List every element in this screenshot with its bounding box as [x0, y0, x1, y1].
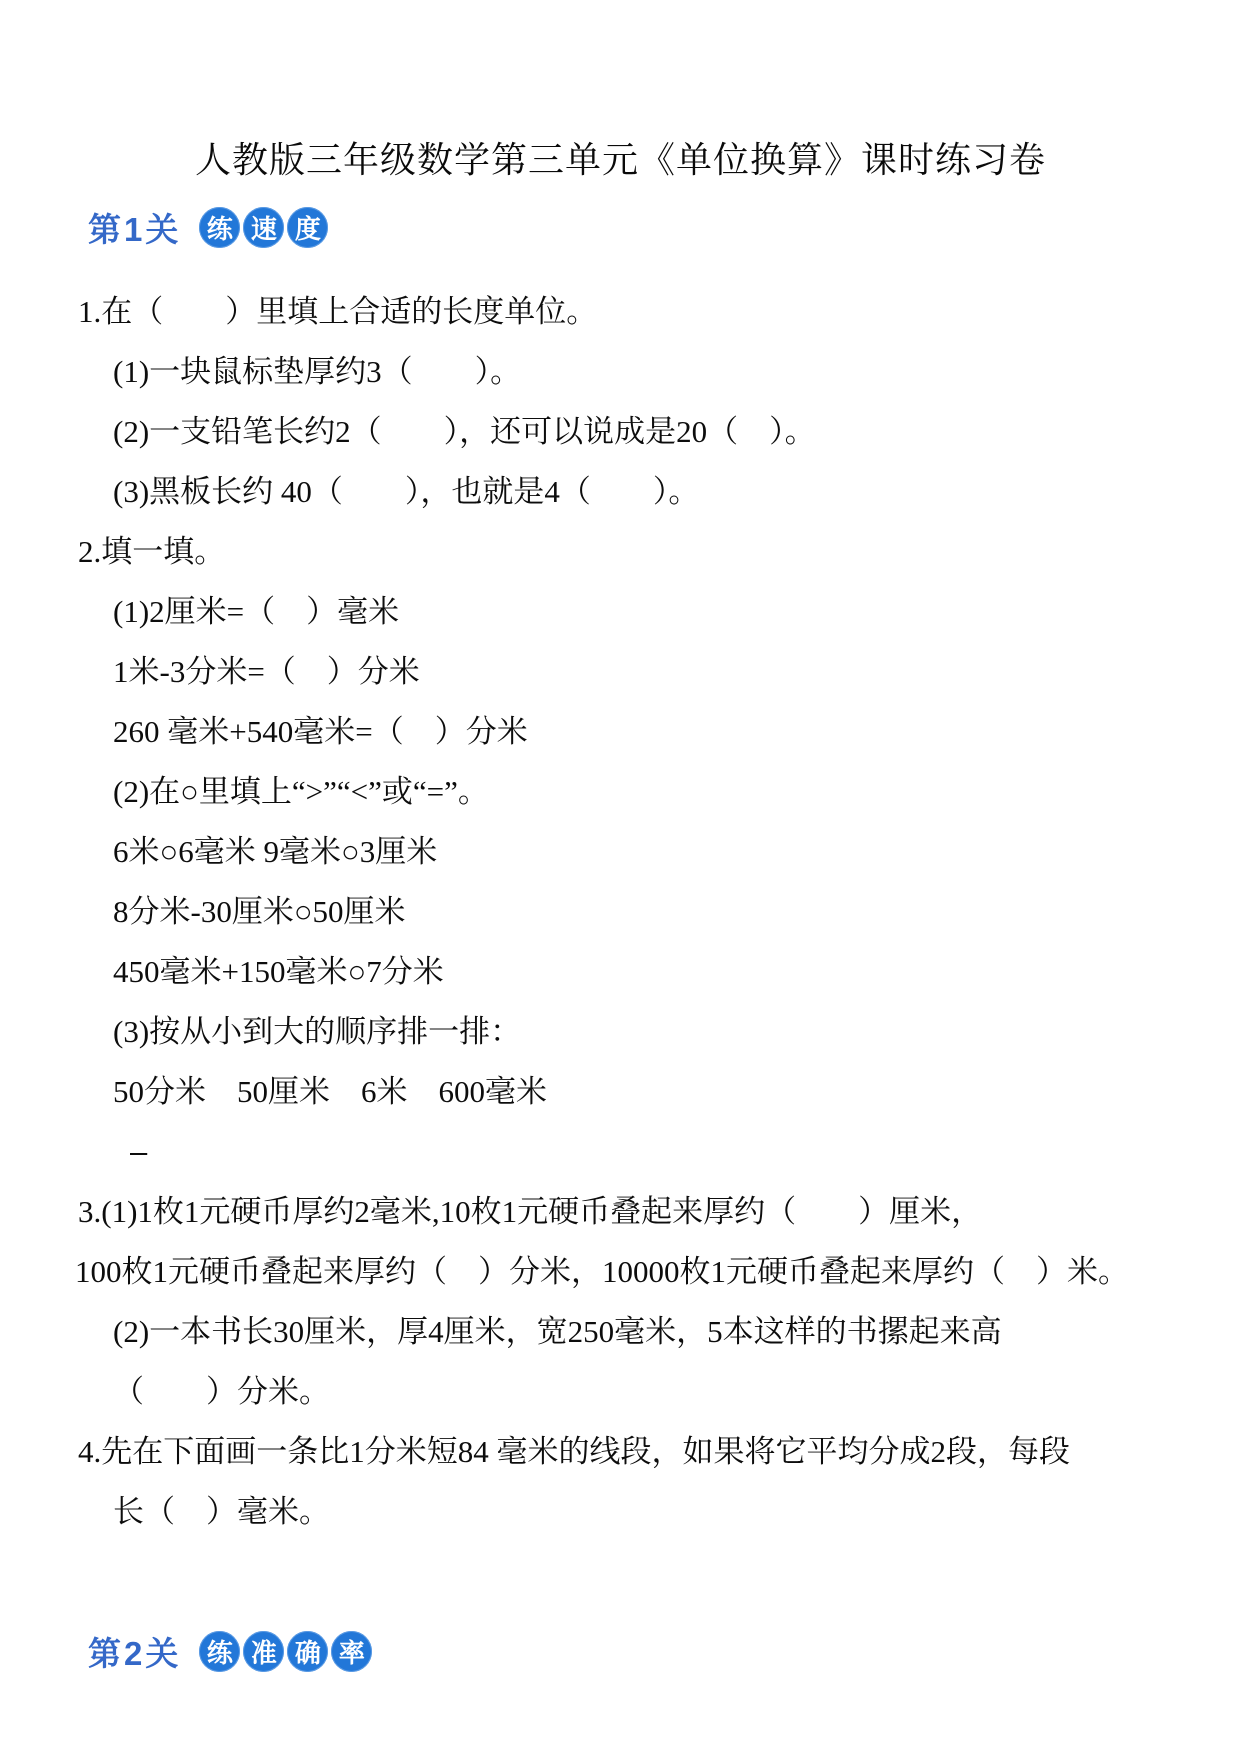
badge-icon: 准 — [243, 1631, 284, 1672]
question-line: 260 毫米+540毫米=（ ）分米 — [113, 702, 1241, 762]
question-line: (3)按从小到大的顺序排一排： — [113, 1002, 1241, 1062]
worksheet-page: 人教版三年级数学第三单元《单位换算》课时练习卷 第1关 练 速 度 1.在（ ）… — [0, 0, 1241, 1754]
level-1-badges: 练 速 度 — [199, 207, 331, 248]
question-line: (1)一块鼠标垫厚约3（ ）。 — [113, 342, 1241, 402]
question-line: 3.(1)1枚1元硬币厚约2毫米,10枚1元硬币叠起来厚约（ ）厘米， — [78, 1182, 1241, 1242]
question-line: 100枚1元硬币叠起来厚约（ ）分米，10000枚1元硬币叠起来厚约（ ）米。 — [75, 1242, 1241, 1302]
question-line: 长（ ）毫米。 — [113, 1482, 1241, 1542]
question-line: （ ）分米。 — [113, 1362, 1241, 1422]
level-1-header: 第1关 练 速 度 — [88, 204, 1241, 250]
question-list: 1.在（ ）里填上合适的长度单位。 (1)一块鼠标垫厚约3（ ）。 (2)一支铅… — [0, 282, 1241, 1542]
level-1-label: 第1关 — [88, 204, 181, 251]
level-2-header: 第2关 练 准 确 率 — [88, 1628, 1241, 1674]
question-line: (1)2厘米=（ ）毫米 — [113, 582, 1241, 642]
badge-icon: 练 — [199, 207, 240, 248]
question-line: 1.在（ ）里填上合适的长度单位。 — [78, 282, 1241, 342]
level-2-badges: 练 准 确 率 — [199, 1631, 375, 1672]
question-line: 450毫米+150毫米○7分米 — [113, 942, 1241, 1002]
question-line: (2)在○里填上“>”“<”或“=”。 — [113, 762, 1241, 822]
question-line: 8分米-30厘米○50厘米 — [113, 882, 1241, 942]
question-line: 4.先在下面画一条比1分米短84 毫米的线段，如果将它平均分成2段，每段 — [78, 1422, 1241, 1482]
level-2-label: 第2关 — [88, 1628, 181, 1675]
question-line: 2.填一填。 — [78, 522, 1241, 582]
page-title: 人教版三年级数学第三单元《单位换算》课时练习卷 — [0, 0, 1241, 182]
answer-dash: – — [130, 1122, 1241, 1182]
badge-icon: 练 — [199, 1631, 240, 1672]
badge-icon: 率 — [331, 1631, 372, 1672]
question-line: (2)一本书长30厘米，厚4厘米，宽250毫米，5本这样的书摞起来高 — [113, 1302, 1241, 1362]
question-line: (3)黑板长约 40（ ），也就是4（ ）。 — [113, 462, 1241, 522]
question-line: 50分米 50厘米 6米 600毫米 — [113, 1062, 1241, 1122]
question-line: 6米○6毫米 9毫米○3厘米 — [113, 822, 1241, 882]
badge-icon: 确 — [287, 1631, 328, 1672]
badge-icon: 速 — [243, 207, 284, 248]
question-line: 1米-3分米=（ ）分米 — [113, 642, 1241, 702]
question-line: (2)一支铅笔长约2（ ），还可以说成是20（ ）。 — [113, 402, 1241, 462]
badge-icon: 度 — [287, 207, 328, 248]
